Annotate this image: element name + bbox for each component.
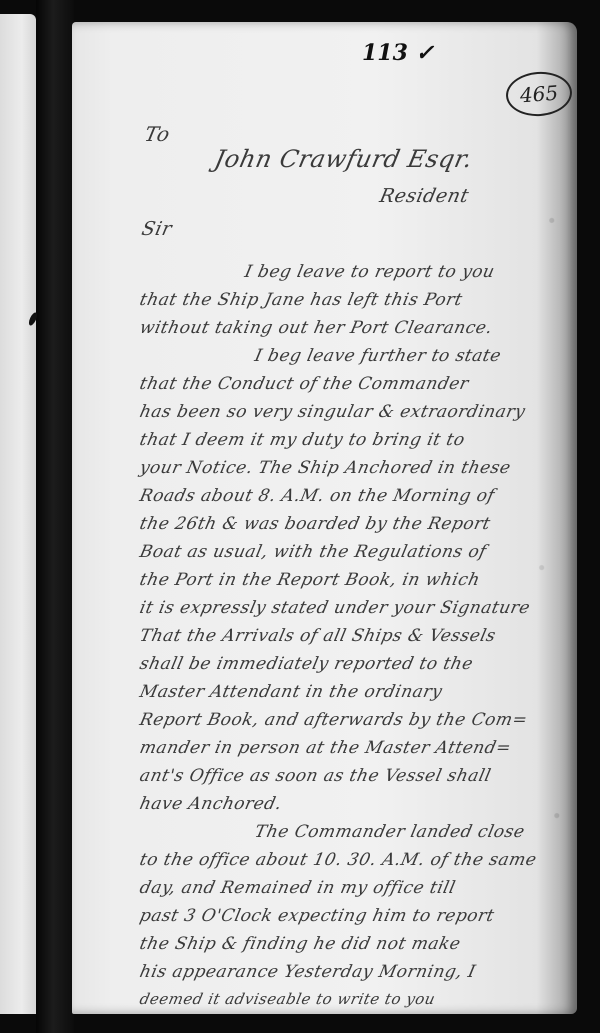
body-line: has been so very singular & extraordinar…	[138, 402, 527, 422]
book-binding-gutter	[36, 0, 74, 1033]
body-line: the Ship & finding he did not make	[138, 934, 463, 954]
body-line: it is expressly stated under your Signat…	[138, 598, 532, 618]
body-line: ant's Office as soon as the Vessel shall	[138, 766, 493, 786]
folio-number: 113 ✓	[362, 40, 434, 66]
salutation-to: To	[142, 122, 172, 146]
body-line: without taking out her Port Clearance.	[138, 318, 495, 338]
body-line: I beg leave further to state	[253, 346, 503, 366]
body-line: deemed it adviseable to write to you	[138, 990, 437, 1008]
body-line: That the Arrivals of all Ships & Vessels	[138, 626, 498, 646]
body-line: Boat as usual, with the Regulations of	[138, 542, 488, 562]
body-line: have Anchored.	[138, 794, 284, 814]
body-line: Report Book, and afterwards by the Com=	[138, 710, 530, 730]
body-line: I beg leave to report to you	[243, 262, 497, 282]
body-line: that I deem it my duty to bring it to	[138, 430, 467, 450]
body-line: the 26th & was boarded by the Report	[138, 514, 492, 534]
addressee-name: John Crawfurd Esqr.	[212, 145, 475, 173]
body-line: shall be immediately reported to the	[138, 654, 475, 674]
body-line: your Notice. The Ship Anchored in these	[138, 458, 513, 478]
body-line: Master Attendant in the ordinary	[138, 682, 444, 702]
body-line: that the Ship Jane has left this Port	[138, 290, 464, 310]
body-line: that the Conduct of the Commander	[138, 374, 471, 394]
body-line: to the office about 10. 30. A.M. of the …	[138, 850, 539, 870]
body-line: mander in person at the Master Attend=	[138, 738, 513, 758]
body-line: The Commander landed close	[253, 822, 527, 842]
body-line: the Port in the Report Book, in which	[138, 570, 482, 590]
greeting: Sir	[140, 218, 174, 240]
left-page-edge	[0, 14, 36, 1014]
body-line: his appearance Yesterday Morning, I	[138, 962, 478, 982]
body-line: past 3 O'Clock expecting him to report	[138, 906, 496, 926]
body-line: day, and Remained in my office till	[138, 878, 457, 898]
stamp-number: 465	[519, 81, 559, 108]
addressee-title: Resident	[378, 185, 471, 207]
body-line: Roads about 8. A.M. on the Morning of	[138, 486, 497, 506]
